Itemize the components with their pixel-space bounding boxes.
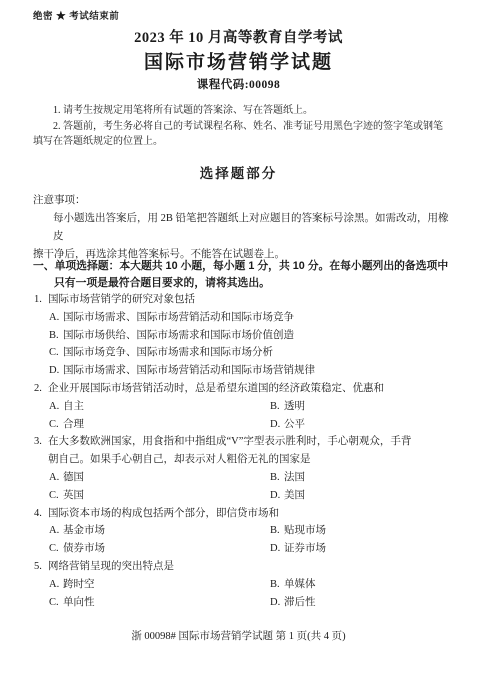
question-number: 3. xyxy=(34,433,48,451)
question-4-options: A. 基金市场 B. 贴现市场 C. 债券市场 D. 证券市场 xyxy=(49,522,459,558)
option-a: A. 基金市场 xyxy=(49,522,270,540)
course-code: 课程代码:00098 xyxy=(0,76,477,92)
option-text: 基金市场 xyxy=(63,522,105,540)
question-stem: 企业开展国际市场营销活动时，总是希望东道国的经济政策稳定、优惠和 xyxy=(48,380,459,398)
option-label: B. xyxy=(270,398,284,416)
option-a: A. 跨时空 xyxy=(49,576,270,594)
general-instructions: 1. 请考生按规定用笔将所有试题的答案涂、写在答题纸上。 2. 答题前，考生务必… xyxy=(33,103,451,150)
option-a: A. 国际市场需求、国际市场营销活动和国际市场竞争 xyxy=(49,309,459,327)
option-label: A. xyxy=(49,576,63,594)
option-c: C. 国际市场竞争、国际市场需求和国际市场分析 xyxy=(49,344,459,362)
option-c: C. 合理 xyxy=(49,416,270,434)
option-label: A. xyxy=(49,309,63,327)
option-a: A. 自主 xyxy=(49,398,270,416)
notice-label: 注意事项： xyxy=(33,192,86,207)
option-text: 透明 xyxy=(284,398,305,416)
question-stem: 在大多数欧洲国家，用食指和中指组成“V”字型表示胜利时，手心朝观众，手背 xyxy=(48,433,459,451)
part-title: 选择题部分 xyxy=(0,162,477,182)
option-text: 跨时空 xyxy=(63,576,95,594)
question-5: 5. 网络营销呈现的突出特点是 A. 跨时空 B. 单媒体 C. 单向性 D. xyxy=(34,558,459,611)
option-b: B. 法国 xyxy=(270,469,459,487)
question-3: 3. 在大多数欧洲国家，用食指和中指组成“V”字型表示胜利时，手心朝观众，手背 … xyxy=(34,433,459,504)
option-text: 国际市场供给、国际市场需求和国际市场价值创造 xyxy=(63,327,294,345)
option-text: 英国 xyxy=(63,487,84,505)
option-label: D. xyxy=(270,594,284,612)
option-text: 国际市场需求、国际市场营销活动和国际市场竞争 xyxy=(63,309,294,327)
option-d: D. 证券市场 xyxy=(270,540,459,558)
option-label: B. xyxy=(270,576,284,594)
page-footer: 浙 00098# 国际市场营销学试题 第 1 页(共 4 页) xyxy=(0,628,477,643)
question-2-options: A. 自主 B. 透明 C. 合理 D. 公平 xyxy=(49,398,459,434)
question-4: 4. 国际资本市场的构成包括两个部分，即信贷市场和 A. 基金市场 B. 贴现市… xyxy=(34,505,459,558)
option-label: B. xyxy=(270,469,284,487)
question-5-options: A. 跨时空 B. 单媒体 C. 单向性 D. 滞后性 xyxy=(49,576,459,612)
option-a: A. 德国 xyxy=(49,469,270,487)
option-b: B. 透明 xyxy=(270,398,459,416)
option-label: A. xyxy=(49,398,63,416)
option-label: D. xyxy=(270,540,284,558)
question-list: 1. 国际市场营销学的研究对象包括 A. 国际市场需求、国际市场营销活动和国际市… xyxy=(34,291,459,611)
section-one-heading: 一、单项选择题：本大题共 10 小题，每小题 1 分，共 10 分。在每小题列出… xyxy=(33,258,455,291)
option-text: 美国 xyxy=(284,487,305,505)
option-c: C. 英国 xyxy=(49,487,270,505)
instruction-line-3: 填写在答题纸规定的位置上。 xyxy=(33,134,451,150)
option-label: C. xyxy=(49,487,63,505)
question-number: 4. xyxy=(34,505,48,523)
instruction-line-2: 2. 答题前，考生务必将自己的考试课程名称、姓名、准考证号用黑色字迹的签字笔或钢… xyxy=(33,119,451,135)
option-text: 证券市场 xyxy=(284,540,326,558)
option-text: 合理 xyxy=(63,416,84,434)
exam-subject-title: 国际市场营销学试题 xyxy=(0,47,477,74)
option-text: 公平 xyxy=(284,416,305,434)
question-stem: 网络营销呈现的突出特点是 xyxy=(48,558,459,576)
option-label: B. xyxy=(270,522,284,540)
question-number: 5. xyxy=(34,558,48,576)
notice-line-1: 每小题选出答案后，用 2B 铅笔把答题纸上对应题目的答案标号涂黑。如需改动，用橡… xyxy=(33,210,453,246)
exam-session-title: 2023 年 10 月高等教育自学考试 xyxy=(0,26,477,47)
option-text: 国际市场竞争、国际市场需求和国际市场分析 xyxy=(63,344,273,362)
option-label: A. xyxy=(49,522,63,540)
option-text: 法国 xyxy=(284,469,305,487)
exam-paper-page: 绝密 ★ 考试结束前 2023 年 10 月高等教育自学考试 国际市场营销学试题… xyxy=(0,0,477,676)
question-number: 1. xyxy=(34,291,48,309)
option-label: C. xyxy=(49,540,63,558)
option-label: C. xyxy=(49,594,63,612)
option-label: B. xyxy=(49,327,63,345)
question-2: 2. 企业开展国际市场营销活动时，总是希望东道国的经济政策稳定、优惠和 A. 自… xyxy=(34,380,459,433)
question-stem: 国际市场营销学的研究对象包括 xyxy=(48,291,459,309)
question-3-options: A. 德国 B. 法国 C. 英国 D. 美国 xyxy=(49,469,459,505)
option-text: 贴现市场 xyxy=(284,522,326,540)
option-text: 单向性 xyxy=(63,594,95,612)
notice-text: 每小题选出答案后，用 2B 铅笔把答题纸上对应题目的答案标号涂黑。如需改动，用橡… xyxy=(33,210,453,264)
option-text: 单媒体 xyxy=(284,576,316,594)
instruction-line-1: 1. 请考生按规定用笔将所有试题的答案涂、写在答题纸上。 xyxy=(33,103,451,119)
option-text: 滞后性 xyxy=(284,594,316,612)
option-text: 自主 xyxy=(63,398,84,416)
question-stem-continued: 朝自己。如果手心朝自己，却表示对人粗俗无礼的国家是 xyxy=(34,451,459,469)
question-number: 2. xyxy=(34,380,48,398)
option-b: B. 国际市场供给、国际市场需求和国际市场价值创造 xyxy=(49,327,459,345)
option-d: D. 公平 xyxy=(270,416,459,434)
option-c: C. 债券市场 xyxy=(49,540,270,558)
option-label: C. xyxy=(49,344,63,362)
option-d: D. 国际市场需求、国际市场营销活动和国际市场营销规律 xyxy=(49,362,459,380)
security-classification: 绝密 ★ 考试结束前 xyxy=(33,8,119,22)
option-b: B. 贴现市场 xyxy=(270,522,459,540)
option-d: D. 美国 xyxy=(270,487,459,505)
section-one-heading-line-1: 一、单项选择题：本大题共 10 小题，每小题 1 分，共 10 分。在每小题列出… xyxy=(33,258,455,275)
question-stem: 国际资本市场的构成包括两个部分，即信贷市场和 xyxy=(48,505,459,523)
section-one-heading-line-2: 只有一项是最符合题目要求的，请将其选出。 xyxy=(33,275,455,292)
option-label: D. xyxy=(49,362,63,380)
option-label: D. xyxy=(270,416,284,434)
question-1: 1. 国际市场营销学的研究对象包括 A. 国际市场需求、国际市场营销活动和国际市… xyxy=(34,291,459,380)
option-label: A. xyxy=(49,469,63,487)
option-text: 国际市场需求、国际市场营销活动和国际市场营销规律 xyxy=(63,362,315,380)
option-text: 德国 xyxy=(63,469,84,487)
option-label: D. xyxy=(270,487,284,505)
option-b: B. 单媒体 xyxy=(270,576,459,594)
option-c: C. 单向性 xyxy=(49,594,270,612)
option-d: D. 滞后性 xyxy=(270,594,459,612)
option-label: C. xyxy=(49,416,63,434)
option-text: 债券市场 xyxy=(63,540,105,558)
question-1-options: A. 国际市场需求、国际市场营销活动和国际市场竞争 B. 国际市场供给、国际市场… xyxy=(49,309,459,380)
